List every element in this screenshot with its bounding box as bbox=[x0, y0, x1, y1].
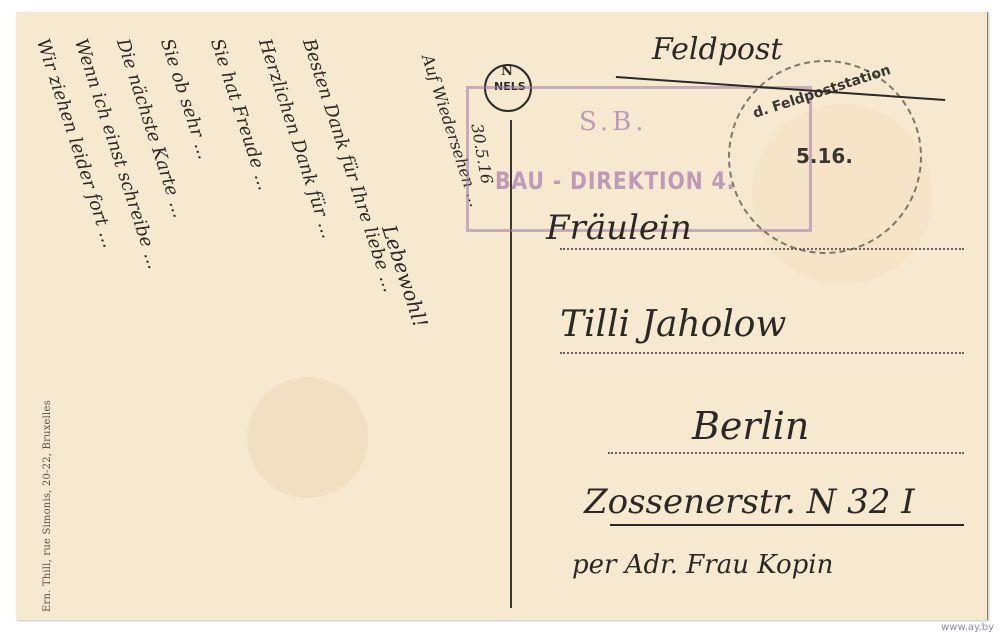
deckled-edge bbox=[987, 12, 988, 620]
feldpost-header: Feldpost bbox=[652, 32, 782, 67]
feldpost-postmark: d. Feldpoststation 5.16. bbox=[728, 60, 922, 254]
stamp-line1: S.B. bbox=[579, 107, 648, 137]
address-rule bbox=[560, 248, 964, 250]
watermark: www.ay.by bbox=[941, 622, 994, 633]
address-line-3: Berlin bbox=[692, 404, 809, 448]
address-line-2: Tilli Jaholow bbox=[560, 304, 786, 345]
address-rule bbox=[560, 352, 964, 354]
address-rule bbox=[608, 452, 964, 454]
postmark-date: 5.16. bbox=[796, 144, 853, 168]
postcard: Wir ziehen leider fort ... Wenn ich eins… bbox=[16, 12, 988, 620]
address-line-5: per Adr. Frau Kopin bbox=[572, 550, 833, 580]
stamp-line2: BAU - DIREKTION 4. bbox=[495, 167, 735, 195]
address-line-1: Fräulein bbox=[546, 208, 692, 248]
address-line-4: Zossenerstr. N 32 I bbox=[584, 482, 915, 522]
address-underline bbox=[610, 524, 964, 526]
printer-imprint: Ern. Thill, rue Simonis, 20-22, Bruxelle… bbox=[42, 400, 53, 612]
